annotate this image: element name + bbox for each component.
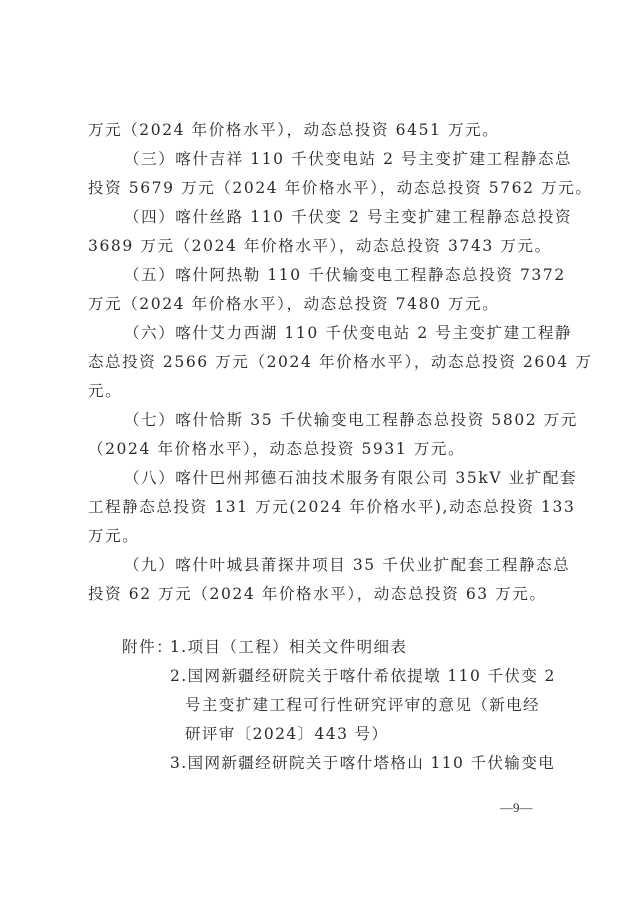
page-number: —9— [500, 800, 533, 816]
paragraph-line: （2024 年价格水平），动态总投资 5931 万元。 [88, 439, 550, 459]
paragraph-item-8: （八）喀什巴州邦德石油技术服务有限公司 35kV 业扩配套 [124, 468, 586, 488]
paragraph-item-7: （七）喀什恰斯 35 千伏输变电工程静态总投资 5802 万元 [124, 410, 586, 430]
attachment-item-2-cont: 研评审〔2024〕443 号） [185, 724, 634, 744]
attachment-item-3: 3.国网新疆经研院关于喀什塔格山 110 千伏输变电 [170, 753, 632, 773]
paragraph-item-6: （六）喀什艾力西湖 110 千伏变电站 2 号主变扩建工程静 [124, 323, 586, 343]
paragraph-line: 3689 万元（2024 年价格水平），动态总投资 3743 万元。 [88, 236, 550, 256]
paragraph-line: 态总投资 2566 万元（2024 年价格水平），动态总投资 2604 万 [88, 352, 550, 372]
paragraph-line: 工程静态总投资 131 万元(2024 年价格水平),动态总投资 133 [88, 497, 550, 517]
paragraph-item-9: （九）喀什叶城县莆探井项目 35 千伏业扩配套工程静态总 [124, 555, 586, 575]
paragraph-line: 万元（2024 年价格水平），动态总投资 7480 万元。 [88, 294, 550, 314]
paragraph-line: 万元（2024 年价格水平），动态总投资 6451 万元。 [88, 120, 550, 140]
paragraph-line: 投资 62 万元（2024 年价格水平），动态总投资 63 万元。 [88, 584, 550, 604]
attachment-item-2: 2.国网新疆经研院关于喀什希依提墩 110 千伏变 2 [170, 666, 632, 686]
attachment-item-1: 1.项目（工程）相关文件明细表 [170, 637, 632, 657]
document-page: 万元（2024 年价格水平），动态总投资 6451 万元。 （三）喀什吉祥 11… [0, 0, 634, 897]
paragraph-item-4: （四）喀什丝路 110 千伏变 2 号主变扩建工程静态总投资 [124, 207, 586, 227]
paragraph-line: 投资 5679 万元（2024 年价格水平），动态总投资 5762 万元。 [88, 178, 550, 198]
paragraph-item-5: （五）喀什阿热勒 110 千伏输变电工程静态总投资 7372 [124, 265, 586, 285]
attachment-item-2-cont: 号主变扩建工程可行性研究评审的意见（新电经 [185, 695, 634, 715]
paragraph-line: 万元。 [88, 526, 550, 546]
paragraph-line: 元。 [88, 381, 550, 401]
paragraph-item-3: （三）喀什吉祥 110 千伏变电站 2 号主变扩建工程静态总 [124, 149, 586, 169]
